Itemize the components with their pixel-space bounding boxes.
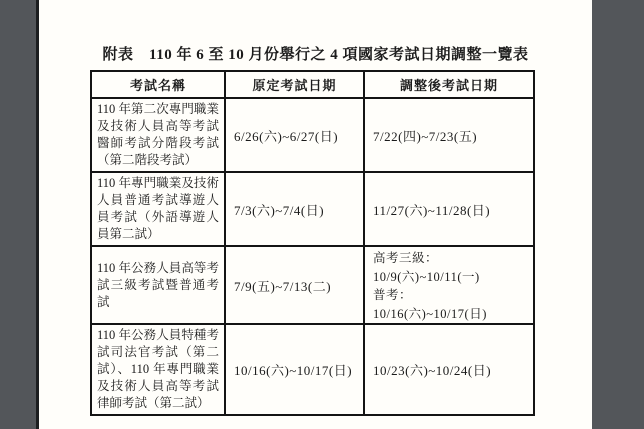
adjusted-date-cell: 高考三級： 10/9(六)~10/11(一) 普考： 10/16(六)~10/1… <box>364 246 534 324</box>
header-original-date: 原定考試日期 <box>225 71 364 98</box>
original-date-cell: 7/9(五)~7/13(二) <box>225 246 364 324</box>
table-row: 110 年第二次專門職業及技術人員高等考試醫師考試分階段考試（第二階段考試） 6… <box>91 98 534 172</box>
exam-name-cell: 110 年公務人員特種考試司法官考試（第二試）、110 年專門職業及技術人員高等… <box>91 324 225 415</box>
header-exam-name: 考試名稱 <box>91 71 225 98</box>
document-page: 附表 110 年 6 至 10 月份舉行之 4 項國家考試日期調整一覽表 考試名… <box>36 0 592 429</box>
table-row: 110 年公務人員特種考試司法官考試（第二試）、110 年專門職業及技術人員高等… <box>91 324 534 415</box>
table-header-row: 考試名稱 原定考試日期 調整後考試日期 <box>91 71 534 98</box>
adjusted-date-cell: 11/27(六)~11/28(日) <box>364 172 534 246</box>
adjusted-date-cell: 7/22(四)~7/23(五) <box>364 98 534 172</box>
page-title: 附表 110 年 6 至 10 月份舉行之 4 項國家考試日期調整一覽表 <box>39 43 592 64</box>
original-date-cell: 6/26(六)~6/27(日) <box>225 98 364 172</box>
table-row: 110 年公務人員高等考試三級考試暨普通考試 7/9(五)~7/13(二) 高考… <box>91 246 534 324</box>
exam-name-cell: 110 年專門職業及技術人員普通考試導遊人員考試（外語導遊人員第二試） <box>91 172 225 246</box>
exam-adjustment-table: 考試名稱 原定考試日期 調整後考試日期 110 年第二次專門職業及技術人員高等考… <box>90 70 535 416</box>
exam-name-cell: 110 年第二次專門職業及技術人員高等考試醫師考試分階段考試（第二階段考試） <box>91 98 225 172</box>
original-date-cell: 10/16(六)~10/17(日) <box>225 324 364 415</box>
header-adjusted-date: 調整後考試日期 <box>364 71 534 98</box>
adjusted-date-cell: 10/23(六)~10/24(日) <box>364 324 534 415</box>
original-date-cell: 7/3(六)~7/4(日) <box>225 172 364 246</box>
exam-name-cell: 110 年公務人員高等考試三級考試暨普通考試 <box>91 246 225 324</box>
table-row: 110 年專門職業及技術人員普通考試導遊人員考試（外語導遊人員第二試） 7/3(… <box>91 172 534 246</box>
